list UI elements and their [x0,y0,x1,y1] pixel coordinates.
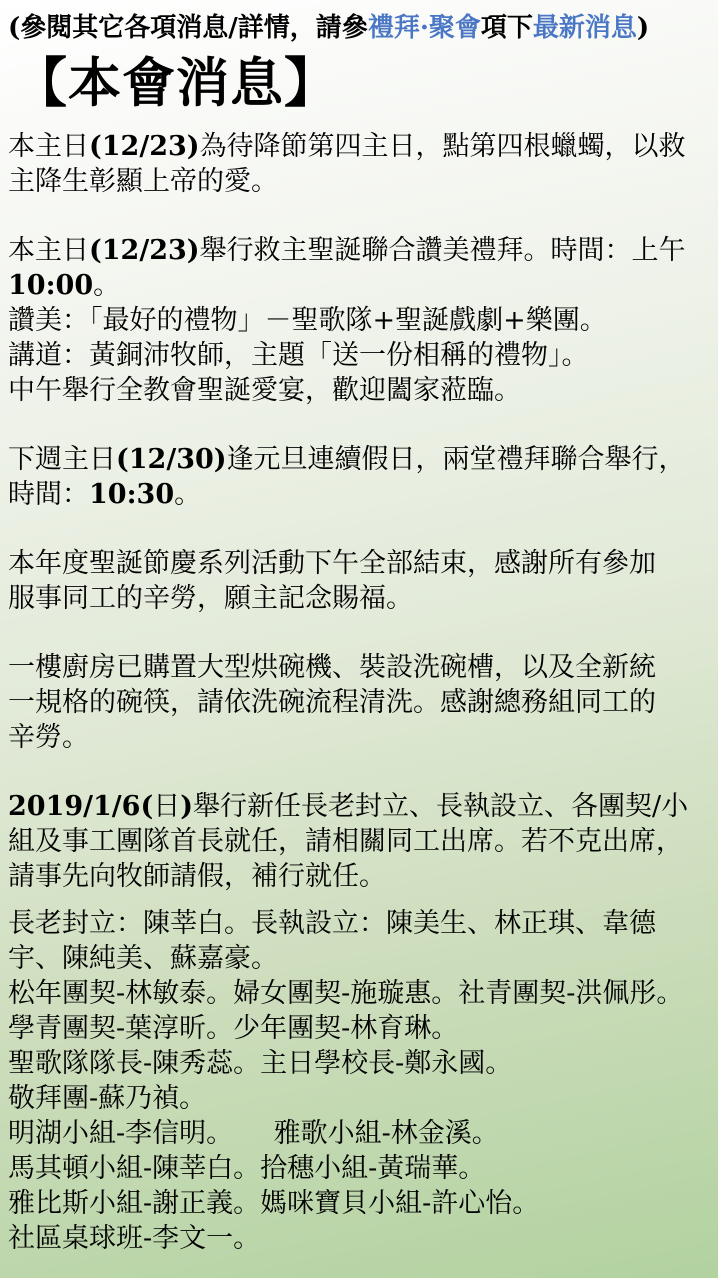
announcement-line: 本年度聖誕節慶系列活動下午全部結束，感謝所有參加 [8,546,710,581]
text-segment: 為待降節第四主日，點第四根蠟蠋，以救 [200,131,686,162]
announcement-line: 一規格的碗筷，請依洗碗流程清洗。感謝總務組同工的 [8,685,710,720]
text-segment: 。 [174,479,201,510]
text-segment: 。 [93,270,120,301]
announcement-line: 社區桌球班-李文一。 [8,1221,710,1256]
text-segment: 2019/1/6( [8,791,153,822]
text-segment: 辛勞。 [8,722,89,753]
announcement-line: 2019/1/6(日)舉行新任長老封立、長執設立、各團契/小 [8,789,710,824]
announcement-line: 10:00。 [8,268,710,303]
text-segment: 時間： [8,479,89,510]
text-segment: 中午舉行全教會聖誕愛宴，歡迎闔家蒞臨。 [8,375,521,406]
text-segment: 社區桌球班-李文一。 [8,1223,260,1254]
link-latest-news[interactable]: 最新消息 [533,13,637,43]
text-segment: 聖歌隊隊長-陳秀蕊。主日學校長-鄭永國。 [8,1048,512,1079]
announcements-list: 本主日(12/23)為待降節第四主日，點第四根蠟蠋，以救主降生彰顯上帝的愛。本主… [8,129,710,1256]
text-segment: 明湖小組-李信明。 雅歌小組-林金溪。 [8,1118,499,1149]
text-segment: 雅比斯小組-謝正義。媽咪寶貝小組-許心怡。 [8,1188,539,1219]
text-segment: 敬拜團-蘇乃禎。 [8,1083,206,1114]
announcement-line: 講道：黃銅沛牧師，主題「送一份相稱的禮物」。 [8,338,710,373]
text-segment: 日 [153,791,180,822]
announcement-line: 組及事工團隊首長就任，請相關同工出席。若不克出席， [8,824,710,859]
announcement-line: 聖歌隊隊長-陳秀蕊。主日學校長-鄭永國。 [8,1046,710,1081]
text-segment: 宇、陳純美、蘇嘉豪。 [8,943,278,974]
text-segment: (12/23) [89,235,200,266]
announcement-line: 馬其頓小組-陳莘白。拾穗小組-黃瑞華。 [8,1151,710,1186]
announcement-line: 學青團契-葉淳昕。少年團契-林育琳。 [8,1011,710,1046]
announcement-paragraph: 下週主日(12/30)逢元旦連續假日，兩堂禮拜聯合舉行，時間：10:30。 [8,442,710,512]
text-segment: 逢元旦連續假日，兩堂禮拜聯合舉行， [227,444,686,475]
text-segment: 10:30 [89,479,174,510]
text-segment: 下週主日 [8,444,116,475]
announcement-line: 本主日(12/23)舉行救主聖誕聯合讚美禮拜。時間：上午 [8,233,710,268]
announcement-paragraph: 長老封立：陳莘白。長執設立：陳美生、林正琪、韋德宇、陳純美、蘇嘉豪。松年團契-林… [8,906,710,1256]
announcement-paragraph: 本主日(12/23)為待降節第四主日，點第四根蠟蠋，以救主降生彰顯上帝的愛。 [8,129,710,199]
text-segment: 讚美：「最好的禮物」－聖歌隊+聖誕戲劇+樂團。 [8,305,607,336]
announcement-line: 本主日(12/23)為待降節第四主日，點第四根蠟蠋，以救 [8,129,710,164]
text-segment: 馬其頓小組-陳莘白。拾穗小組-黃瑞華。 [8,1153,485,1184]
text-segment: (12/23) [89,131,200,162]
header-note: (參閱其它各項消息/詳情，請參禮拜·聚會項下最新消息) [8,10,710,46]
page-title: 【本會消息】 [14,52,710,114]
text-segment: 本主日 [8,131,89,162]
announcement-line: 時間：10:30。 [8,477,710,512]
text-segment: 講道：黃銅沛牧師，主題「送一份相稱的禮物」。 [8,340,589,371]
announcement-line: 長老封立：陳莘白。長執設立：陳美生、林正琪、韋德 [8,906,710,941]
announcement-page: (參閱其它各項消息/詳情，請參禮拜·聚會項下最新消息) 【本會消息】 本主日(1… [0,0,718,1278]
text-segment: 本年度聖誕節慶系列活動下午全部結束，感謝所有參加 [8,548,656,579]
announcement-line: 請事先向牧師請假，補行就任。 [8,859,710,894]
text-segment: 一規格的碗筷，請依洗碗流程清洗。感謝總務組同工的 [8,687,656,718]
text-segment: 主降生彰顯上帝的愛。 [8,166,278,197]
text-segment: 10:00 [8,270,93,301]
announcement-line: 下週主日(12/30)逢元旦連續假日，兩堂禮拜聯合舉行， [8,442,710,477]
announcement-line: 松年團契-林敏泰。婦女團契-施璇惠。社青團契-洪佩彤。 [8,976,710,1011]
text-segment: 本主日 [8,235,89,266]
announcement-paragraph: 本年度聖誕節慶系列活動下午全部結束，感謝所有參加服事同工的辛勞，願主記念賜福。 [8,546,710,616]
announcement-line: 宇、陳純美、蘇嘉豪。 [8,941,710,976]
text-segment: 長老封立：陳莘白。長執設立：陳美生、林正琪、韋德 [8,908,656,939]
text-segment: 服事同工的辛勞，願主記念賜福。 [8,583,413,614]
announcement-line: 敬拜團-蘇乃禎。 [8,1081,710,1116]
announcement-line: 辛勞。 [8,720,710,755]
announcement-paragraph: 本主日(12/23)舉行救主聖誕聯合讚美禮拜。時間：上午10:00。讚美：「最好… [8,233,710,408]
link-worship-gathering[interactable]: 禮拜·聚會 [368,13,481,43]
announcement-line: 服事同工的辛勞，願主記念賜福。 [8,581,710,616]
text-segment: 請事先向牧師請假，補行就任。 [8,861,386,892]
text-segment: 舉行救主聖誕聯合讚美禮拜。時間：上午 [200,235,686,266]
announcement-paragraph: 一樓廚房已購置大型烘碗機、裝設洗碗槽，以及全新統一規格的碗筷，請依洗碗流程清洗。… [8,650,710,755]
text-segment: (參閱其它各項消息/詳情，請參 [8,13,368,43]
announcement-line: 主降生彰顯上帝的愛。 [8,164,710,199]
announcement-paragraph: 2019/1/6(日)舉行新任長老封立、長執設立、各團契/小組及事工團隊首長就任… [8,789,710,894]
text-segment: 項下 [481,13,533,43]
text-segment: 松年團契-林敏泰。婦女團契-施璇惠。社青團契-洪佩彤。 [8,978,683,1009]
text-segment: ) [180,791,193,822]
text-segment: 一樓廚房已購置大型烘碗機、裝設洗碗槽，以及全新統 [8,652,656,683]
announcement-line: 中午舉行全教會聖誕愛宴，歡迎闔家蒞臨。 [8,373,710,408]
announcement-line: 明湖小組-李信明。 雅歌小組-林金溪。 [8,1116,710,1151]
announcement-line: 一樓廚房已購置大型烘碗機、裝設洗碗槽，以及全新統 [8,650,710,685]
text-segment: 舉行新任長老封立、長執設立、各團契/小 [193,791,688,822]
announcement-line: 雅比斯小組-謝正義。媽咪寶貝小組-許心怡。 [8,1186,710,1221]
text-segment: (12/30) [116,444,227,475]
announcement-line: 讚美：「最好的禮物」－聖歌隊+聖誕戲劇+樂團。 [8,303,710,338]
text-segment: 學青團契-葉淳昕。少年團契-林育琳。 [8,1013,458,1044]
text-segment: ) [637,13,649,43]
text-segment: 組及事工團隊首長就任，請相關同工出席。若不克出席， [8,826,683,857]
